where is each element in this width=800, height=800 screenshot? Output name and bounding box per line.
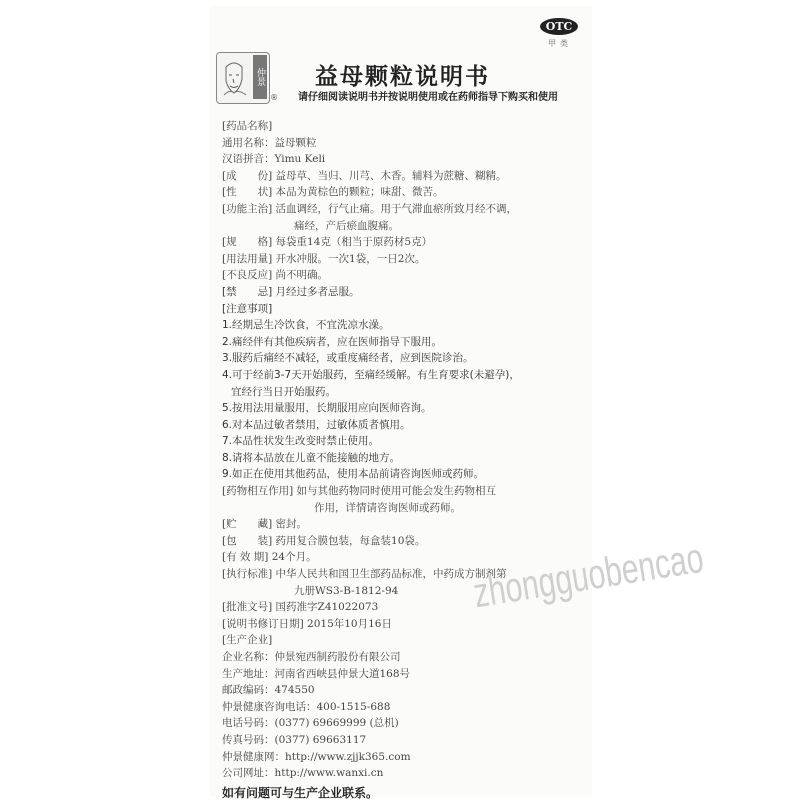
- precaution-item: 8.请将本品放在儿童不能接触的地方。: [222, 450, 592, 467]
- specification: [规 格] 每袋重14克（相当于原药材5克）: [222, 234, 592, 251]
- otc-badge: OTC: [540, 18, 578, 35]
- precautions-heading: [注意事项]: [222, 301, 592, 318]
- revision-date: [说明书修订日期] 2015年10月16日: [222, 616, 592, 633]
- portrait-icon: [220, 59, 248, 97]
- leaflet-body: [药品名称] 通用名称：益母颗粒 汉语拼音：Yimu Keli [成 份] 益母…: [222, 118, 592, 800]
- company-name: 企业名称：仲景宛西制药股份有限公司: [222, 649, 592, 666]
- phone-number: 电话号码：(0377) 69669999 (总机): [222, 715, 592, 732]
- pinyin-name: 汉语拼音：Yimu Keli: [222, 151, 592, 168]
- contraindications: [禁 忌] 月经过多者忌服。: [222, 284, 592, 301]
- logo-brand-text: 仲景: [253, 55, 267, 99]
- precaution-item: 2.痛经伴有其他疾病者，应在医师指导下服用。: [222, 334, 592, 351]
- precaution-item: 9.如正在使用其他药品，使用本品前请咨询医师或药师。: [222, 466, 592, 483]
- fax-number: 传真号码：(0377) 69663117: [222, 732, 592, 749]
- otc-class-label: 甲类: [548, 38, 572, 49]
- company-address: 生产地址：河南省西峡县仲景大道168号: [222, 666, 592, 683]
- dosage: [用法用量] 开水冲服。一次1袋，一日2次。: [222, 251, 592, 268]
- health-hotline: 仲景健康咨询电话：400-1515-688: [222, 699, 592, 716]
- precaution-item: 5.按用法用量服用，长期服用应向医师咨询。: [222, 400, 592, 417]
- brand-logo: 仲景: [216, 52, 270, 104]
- registered-mark: ®: [270, 93, 278, 102]
- indications-continued: 痛经，产后瘀血腹痛。: [222, 218, 592, 235]
- manufacturer-heading: [生产企业]: [222, 632, 592, 649]
- postal-code: 邮政编码：474550: [222, 682, 592, 699]
- ingredients: [成 份] 益母草、当归、川芎、木香。辅料为蔗糖、糊精。: [222, 168, 592, 185]
- precaution-item: 4.可于经前3-7天开始服药，至痛经缓解。有生育要求(未避孕)，: [222, 367, 592, 384]
- company-website: 公司网址：http://www.wanxi.cn: [222, 765, 592, 782]
- precaution-item-continued: 宜经行当日开始服药。: [222, 384, 592, 401]
- drug-name-heading: [药品名称]: [222, 118, 592, 135]
- document-subtitle: 请仔细阅读说明书并按说明使用或在药师指导下购买和使用: [298, 88, 558, 103]
- generic-name: 通用名称：益母颗粒: [222, 135, 592, 152]
- footer-note: 如有问题可与生产企业联系。: [222, 784, 592, 800]
- precaution-item: 1.经期忌生冷饮食，不宜洗凉水澡。: [222, 317, 592, 334]
- drug-interactions: [药物相互作用] 如与其他药物同时使用可能会发生药物相互: [222, 483, 592, 500]
- precaution-item: 6.对本品过敏者禁用，过敏体质者慎用。: [222, 417, 592, 434]
- packaging: [包 装] 药用复合膜包装，每盒装10袋。: [222, 533, 592, 550]
- health-website: 仲景健康网：http://www.zjjk365.com: [222, 749, 592, 766]
- appearance: [性 状] 本品为黄棕色的颗粒；味甜、微苦。: [222, 184, 592, 201]
- precaution-item: 3.服药后痛经不减轻，或重度痛经者，应到医院诊治。: [222, 350, 592, 367]
- precaution-item: 7.本品性状发生改变时禁止使用。: [222, 433, 592, 450]
- document-title: 益母颗粒说明书: [315, 58, 490, 91]
- indications: [功能主治] 活血调经，行气止痛。用于气滞血瘀所致月经不调，: [222, 201, 592, 218]
- drug-interactions-continued: 作用，详情请咨询医师或药师。: [222, 500, 592, 517]
- storage: [贮 藏] 密封。: [222, 516, 592, 533]
- adverse-reactions: [不良反应] 尚不明确。: [222, 267, 592, 284]
